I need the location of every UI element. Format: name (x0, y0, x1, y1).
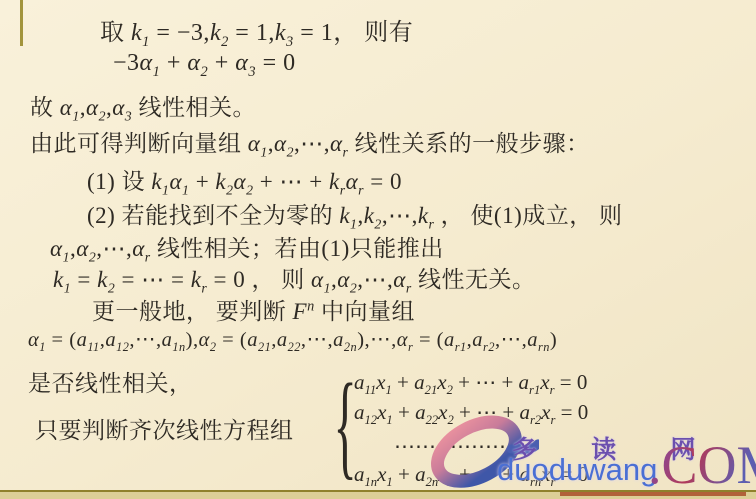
left-margin-tick (20, 0, 23, 46)
slide: 取 k1 = −3,k2 = 1,k3 = 1， 则有 −3α1 + α2 + … (0, 0, 756, 499)
text-line-independent: k1 = k2 = ⋯ = kr = 0 ， 则 α1,α2,⋯,αr 线性无关… (53, 261, 535, 294)
text-line-combination: −3α1 + α2 + α3 = 0 (113, 50, 296, 77)
watermark-domain-text: duoduwang (497, 452, 657, 488)
text-line-step2: (2) 若能找到不全为零的 k1,k2,⋯,kr ， 使(1)成立， 则 (87, 197, 623, 230)
text-line-whether: 是否线性相关， (28, 365, 193, 398)
text-line-more-general: 更一般地， 要判断 Fn 中向量组 (92, 293, 415, 326)
text-line-general-steps: 由此可得判断向量组 α1,α2,⋯,αr 线性关系的一般步骤： (30, 125, 590, 158)
text-line-conclusion: 故 α1,α2,α3 线性相关。 (30, 89, 256, 122)
text-line-vector-defs: α1 = (a11,a12,⋯,a1n),α2 = (a21,a22,⋯,a2n… (28, 327, 557, 352)
text-line-dependent: α1,α2,⋯,αr 线性相关；若由(1)只能推出 (50, 230, 444, 263)
system-row-1: a11x1 + a21x2 + ⋯ + ar1xr = 0 (354, 370, 587, 395)
watermark-tld-text: .COM (648, 438, 756, 492)
text-line-take-k: 取 k1 = −3,k2 = 1,k3 = 1， 则有 (100, 12, 413, 47)
text-line-step1: (1) 设 k1α1 + k2α2 + ⋯ + krαr = 0 (87, 163, 402, 196)
watermark-underline (560, 492, 746, 496)
system-label: 只要判断齐次线性方程组 (35, 412, 294, 445)
